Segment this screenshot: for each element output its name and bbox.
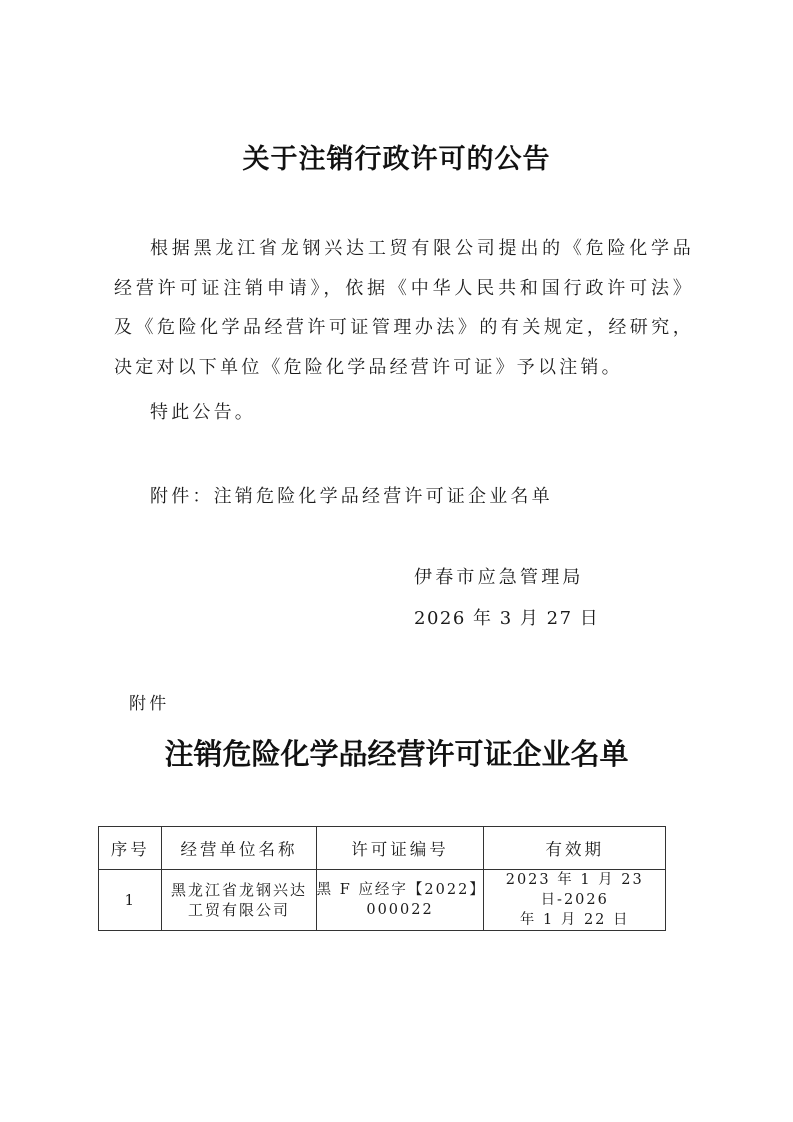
- validity-line-1: 2023 年 1 月 23 日-2026: [484, 870, 665, 910]
- header-license-number: 许可证编号: [316, 827, 484, 870]
- cell-validity: 2023 年 1 月 23 日-2026 年 1 月 22 日: [484, 870, 666, 931]
- license-line-1: 黑 F 应经字【2022】: [317, 880, 484, 900]
- notice-closing: 特此公告。: [150, 398, 256, 424]
- attachment-label: 附件: [129, 689, 169, 714]
- table-row: 1 黑龙江省龙钢兴达 工贸有限公司 黑 F 应经字【2022】 000022 2…: [99, 870, 666, 931]
- attachment-title: 注销危险化学品经营许可证企业名单: [0, 732, 793, 776]
- header-index: 序号: [99, 827, 162, 870]
- validity-line-2: 年 1 月 22 日: [484, 910, 665, 930]
- company-line-2: 工贸有限公司: [162, 900, 315, 920]
- attachment-reference: 附件：注销危险化学品经营许可证企业名单: [150, 482, 553, 508]
- company-line-1: 黑龙江省龙钢兴达: [162, 880, 315, 900]
- signature-organization: 伊春市应急管理局: [414, 563, 584, 589]
- cell-license-number: 黑 F 应经字【2022】 000022: [316, 870, 484, 931]
- license-line-2: 000022: [317, 900, 484, 920]
- cell-index: 1: [99, 870, 162, 931]
- signature-date: 2026 年 3 月 27 日: [414, 604, 599, 630]
- notice-title: 关于注销行政许可的公告: [0, 140, 793, 180]
- table-header-row: 序号 经营单位名称 许可证编号 有效期: [99, 827, 666, 870]
- cell-company: 黑龙江省龙钢兴达 工贸有限公司: [162, 870, 316, 931]
- notice-body-paragraph: 根据黑龙江省龙钢兴达工贸有限公司提出的《危险化学品经营许可证注销申请》，依据《中…: [114, 229, 694, 387]
- header-company: 经营单位名称: [162, 827, 316, 870]
- revoked-license-table: 序号 经营单位名称 许可证编号 有效期 1 黑龙江省龙钢兴达 工贸有限公司 黑 …: [98, 826, 666, 931]
- header-validity: 有效期: [484, 827, 666, 870]
